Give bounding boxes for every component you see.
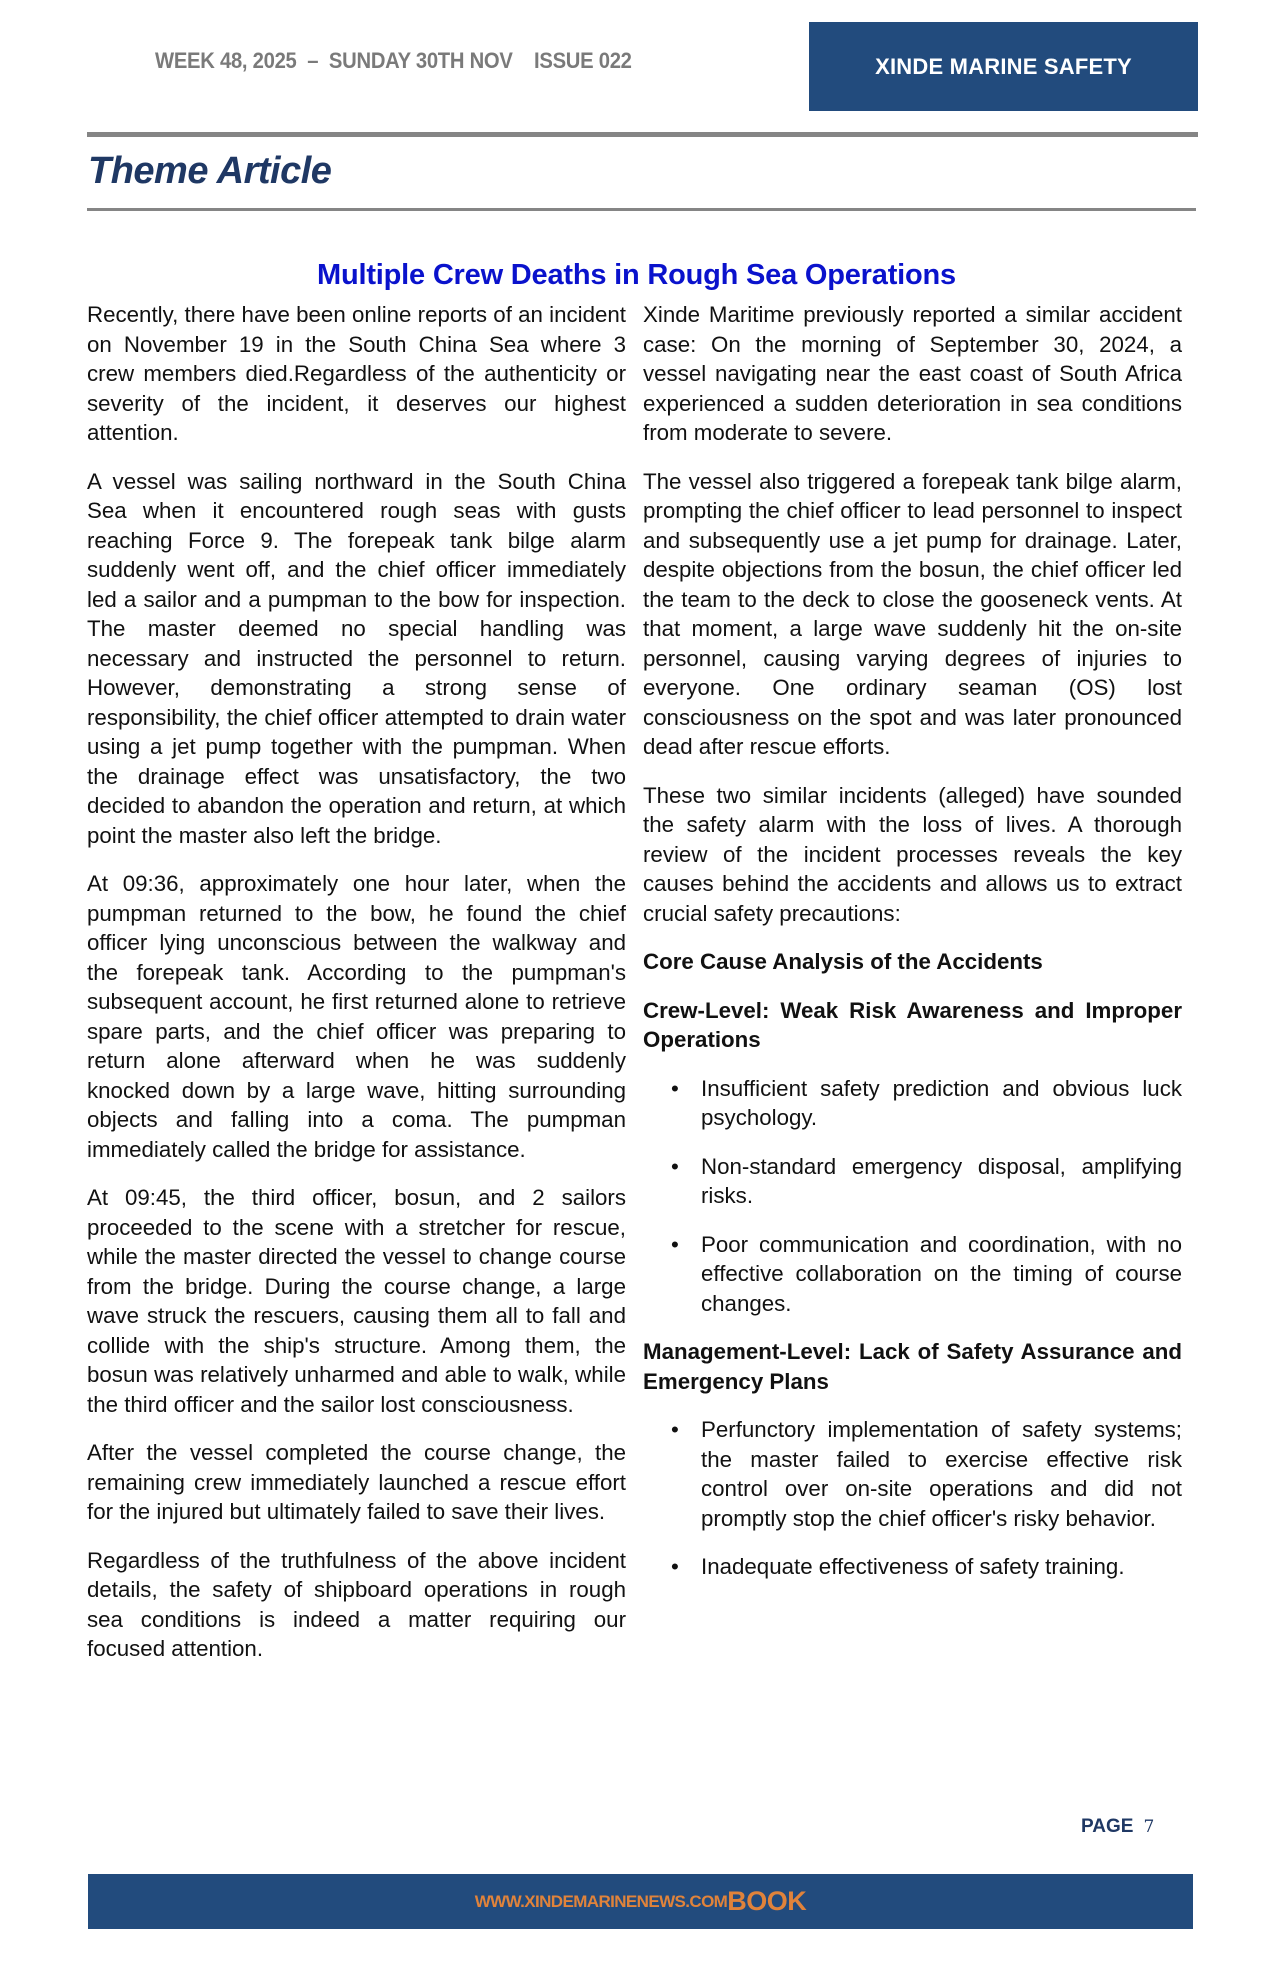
- bullet-icon: •: [671, 1074, 679, 1104]
- list-item: •Insufficient safety prediction and obvi…: [643, 1074, 1182, 1133]
- paragraph: Xinde Maritime previously reported a sim…: [643, 300, 1182, 448]
- paragraph: The vessel also triggered a forepeak tan…: [643, 467, 1182, 762]
- page-label: PAGE: [1081, 1816, 1133, 1837]
- footer-book-label: BOOK: [727, 1886, 806, 1917]
- paragraph: After the vessel completed the course ch…: [87, 1438, 626, 1527]
- article-column-left: Recently, there have been online reports…: [87, 300, 626, 1683]
- analysis-heading: Core Cause Analysis of the Accidents: [643, 947, 1182, 977]
- article-column-right: Xinde Maritime previously reported a sim…: [643, 300, 1182, 1601]
- list-item: •Non-standard emergency disposal, amplif…: [643, 1152, 1182, 1211]
- page-number: PAGE7: [1081, 1816, 1154, 1838]
- list-item: •Inadequate effectiveness of safety trai…: [643, 1552, 1182, 1582]
- brand-banner: XINDE MARINE SAFETY: [809, 22, 1198, 111]
- management-level-heading: Management-Level: Lack of Safety Assuran…: [643, 1337, 1182, 1396]
- list-item: •Poor communication and coordination, wi…: [643, 1230, 1182, 1319]
- paragraph: Regardless of the truthfulness of the ab…: [87, 1546, 626, 1664]
- bullet-icon: •: [671, 1415, 679, 1445]
- management-level-list: •Perfunctory implementation of safety sy…: [643, 1415, 1182, 1582]
- paragraph: Recently, there have been online reports…: [87, 300, 626, 448]
- section-divider: [87, 208, 1196, 211]
- paragraph: At 09:36, approximately one hour later, …: [87, 869, 626, 1164]
- bullet-icon: •: [671, 1152, 679, 1182]
- brand-name: XINDE MARINE SAFETY: [875, 54, 1132, 80]
- bullet-icon: •: [671, 1552, 679, 1582]
- section-title: Theme Article: [88, 150, 331, 193]
- paragraph: At 09:45, the third officer, bosun, and …: [87, 1183, 626, 1419]
- list-item: •Perfunctory implementation of safety sy…: [643, 1415, 1182, 1533]
- bullet-icon: •: [671, 1230, 679, 1260]
- paragraph: These two similar incidents (alleged) ha…: [643, 781, 1182, 929]
- crew-level-heading: Crew-Level: Weak Risk Awareness and Impr…: [643, 996, 1182, 1055]
- paragraph: A vessel was sailing northward in the So…: [87, 467, 626, 851]
- footer-bar: WWW.XINDEMARINENEWS.COMBOOK: [88, 1874, 1193, 1929]
- article-title: Multiple Crew Deaths in Rough Sea Operat…: [87, 259, 1186, 292]
- top-divider: [87, 132, 1198, 137]
- issue-line: WEEK 48, 2025 – SUNDAY 30TH NOV ISSUE 02…: [155, 48, 632, 74]
- crew-level-list: •Insufficient safety prediction and obvi…: [643, 1074, 1182, 1319]
- footer-website-link[interactable]: WWW.XINDEMARINENEWS.COM: [475, 1892, 728, 1912]
- page-number-value: 7: [1143, 1817, 1154, 1837]
